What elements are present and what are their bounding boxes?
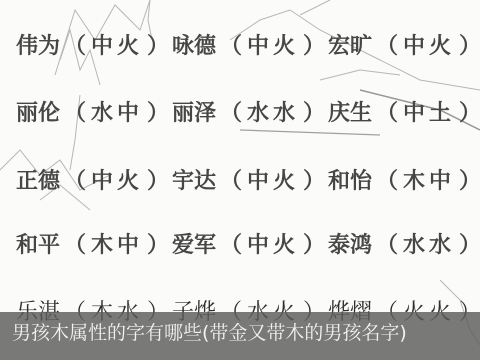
name-entry: 宏旷（中火）	[328, 29, 480, 60]
element-text: 中火	[247, 164, 299, 195]
open-paren: （	[372, 164, 403, 195]
name-text: 泰鸿	[328, 228, 372, 259]
name-entry: 正德（中火）	[16, 164, 172, 195]
open-paren: （	[60, 29, 91, 60]
name-entry: 和平（木中）	[16, 228, 172, 259]
name-text: 宇达	[172, 164, 216, 195]
name-text: 伟为	[16, 29, 60, 60]
element-text: 中火	[247, 228, 299, 259]
name-entry: 宇达（中火）	[172, 164, 328, 195]
name-entry: 泰鸿（水水）	[328, 228, 480, 259]
open-paren: （	[60, 164, 91, 195]
caption-text: 男孩木属性的字有哪些(带金又带木的男孩名字)	[12, 318, 407, 345]
name-entry: 丽伦（水中）	[16, 96, 172, 127]
close-paren: ）	[455, 96, 480, 127]
name-text: 丽泽	[172, 96, 216, 127]
name-entry: 和怡（木中）	[328, 164, 480, 195]
element-text: 水水	[247, 96, 299, 127]
name-text: 宏旷	[328, 29, 372, 60]
element-text: 水中	[91, 96, 143, 127]
close-paren: ）	[143, 96, 174, 127]
name-row: 和平（木中） 爱军（中火） 泰鸿（水水）	[16, 226, 480, 260]
element-text: 中火	[247, 29, 299, 60]
element-text: 中土	[403, 96, 455, 127]
element-text: 中火	[91, 29, 143, 60]
name-text: 庆生	[328, 96, 372, 127]
open-paren: （	[372, 96, 403, 127]
name-entry: 庆生（中土）	[328, 96, 480, 127]
close-paren: ）	[455, 164, 480, 195]
open-paren: （	[216, 164, 247, 195]
open-paren: （	[216, 96, 247, 127]
element-text: 木中	[403, 164, 455, 195]
name-entry: 爱军（中火）	[172, 228, 328, 259]
name-text: 咏德	[172, 29, 216, 60]
close-paren: ）	[143, 164, 174, 195]
close-paren: ）	[455, 228, 480, 259]
name-row: 伟为（中火） 咏德（中火） 宏旷（中火）	[16, 27, 480, 61]
name-text: 和怡	[328, 164, 372, 195]
close-paren: ）	[143, 228, 174, 259]
name-entry: 咏德（中火）	[172, 29, 328, 60]
element-text: 木中	[91, 228, 143, 259]
name-row: 正德（中火） 宇达（中火） 和怡（木中）	[16, 162, 480, 196]
close-paren: ）	[299, 96, 330, 127]
name-row: 丽伦（水中） 丽泽（水水） 庆生（中土）	[16, 94, 480, 128]
close-paren: ）	[299, 228, 330, 259]
element-text: 中火	[91, 164, 143, 195]
close-paren: ）	[299, 29, 330, 60]
open-paren: （	[372, 228, 403, 259]
close-paren: ）	[299, 164, 330, 195]
close-paren: ）	[143, 29, 174, 60]
name-text: 爱军	[172, 228, 216, 259]
caption-bar: 男孩木属性的字有哪些(带金又带木的男孩名字)	[0, 312, 480, 360]
names-list: 伟为（中火） 咏德（中火） 宏旷（中火） 丽伦（水中） 丽泽（水水） 庆生（中土…	[0, 0, 480, 360]
open-paren: （	[60, 96, 91, 127]
open-paren: （	[216, 228, 247, 259]
element-text: 中火	[403, 29, 455, 60]
name-entry: 伟为（中火）	[16, 29, 172, 60]
name-text: 正德	[16, 164, 60, 195]
name-entry: 丽泽（水水）	[172, 96, 328, 127]
element-text: 水水	[403, 228, 455, 259]
close-paren: ）	[455, 29, 480, 60]
open-paren: （	[216, 29, 247, 60]
name-text: 和平	[16, 228, 60, 259]
open-paren: （	[60, 228, 91, 259]
name-text: 丽伦	[16, 96, 60, 127]
open-paren: （	[372, 29, 403, 60]
